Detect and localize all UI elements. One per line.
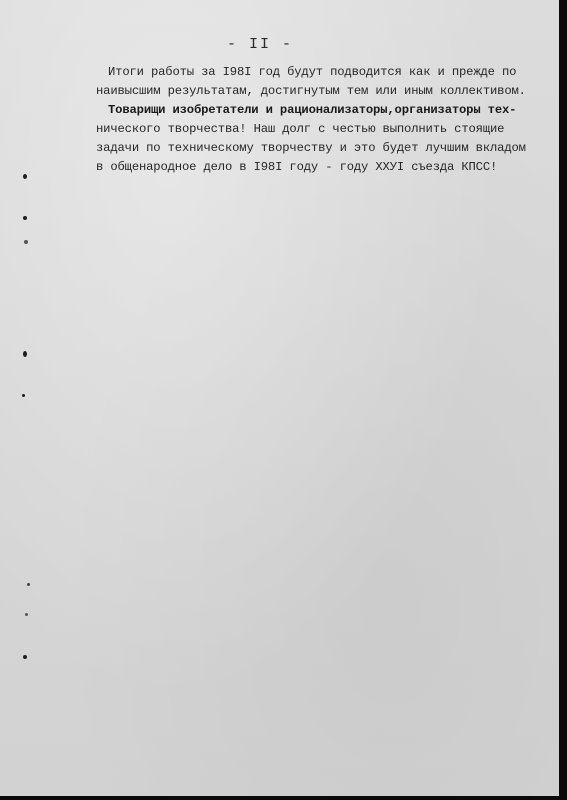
- text-line: Итоги работы за I98I год будут подводитс…: [96, 63, 536, 82]
- margin-mark: [27, 583, 30, 586]
- margin-mark: [23, 174, 27, 179]
- text-line: Товарищи изобретатели и рационализаторы,…: [96, 101, 536, 120]
- text-line: задачи по техническому творчеству и это …: [96, 139, 536, 158]
- margin-mark: [22, 394, 25, 397]
- margin-mark: [23, 216, 27, 220]
- margin-mark: [23, 655, 27, 659]
- document-page: - II - Итоги работы за I98I год будут по…: [0, 0, 559, 796]
- text-line: в общенародное дело в I98I году - году X…: [96, 158, 536, 177]
- page-number: - II -: [0, 36, 520, 53]
- margin-mark: [23, 351, 27, 357]
- margin-mark: [24, 240, 28, 244]
- body-text: Итоги работы за I98I год будут подводитс…: [96, 63, 536, 177]
- margin-mark: [25, 613, 28, 616]
- text-line: наивысшим результатам, достигнутым тем и…: [96, 82, 536, 101]
- text-line: нического творчества! Наш долг с честью …: [96, 120, 536, 139]
